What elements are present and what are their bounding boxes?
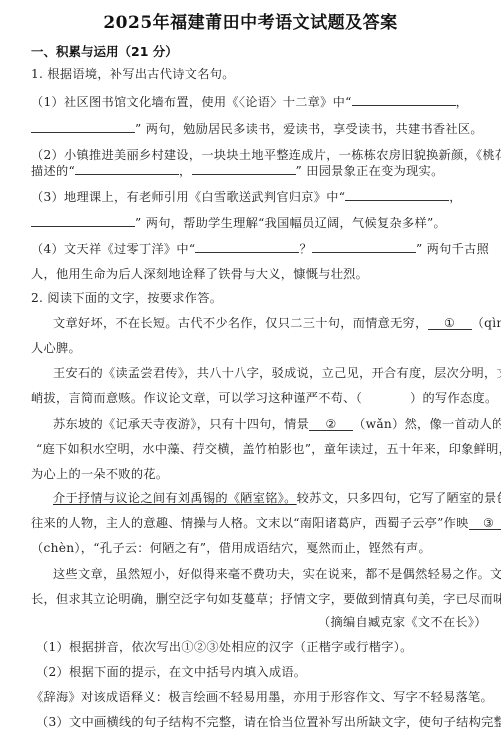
q1-sub1-line1: （1）社区图书馆文化墙布置，使用《〈论语〉十二章》中“， [31, 93, 468, 110]
q1-sub4-line1: （4）文天祥《过零丁洋》中“？” 两句千古照 [31, 240, 489, 257]
passage-p4-line1: 介于抒情与议论之间有刘禹锡的《陋室铭》。较苏文，只多四句，它写了陋室的景色， [53, 490, 501, 506]
page-title: 2025年福建莆田中考语文试题及答案 [0, 8, 501, 33]
passage-text: 较苏文，只多四句，它写了陋室的景色， [297, 491, 501, 505]
answer-blank[interactable] [352, 93, 456, 106]
comma: ， [179, 164, 192, 178]
answer-blank[interactable] [312, 240, 416, 253]
passage-text: 峭拔，言简而意赅。作议论文章，可以学习这种谨严不苟、（ [31, 391, 362, 405]
q2-cihai-hint: 《辞海》对该成语释义：极言绘画不轻易用墨，亦用于形容作文、写字不轻易落笔。 [31, 689, 493, 705]
comma: ， [456, 95, 469, 109]
q1-stem: 1. 根据语境，补写出古代诗文名句。 [31, 66, 235, 82]
q1-sub4-line2: 人，他用生命为后人深刻地诠释了铁骨与大义，慷慨与壮烈。 [31, 266, 368, 282]
blank-3[interactable]: ③ [469, 515, 501, 530]
q1-sub1-text: （1）社区图书馆文化墙布置，使用《〈论语〉十二章》中“ [31, 95, 352, 109]
pinyin-hint: （wǎn）然，像一首动人的诗。 [353, 417, 501, 431]
passage-p2-line1: 王安石的《读孟尝君传》，共八十八字，驳成说，立己见，开合有度，层次分明，文字 [53, 365, 501, 381]
passage-p2-line2: 峭拔，言简而意赅。作议论文章，可以学习这种谨严不苟、（）的写作态度。 [31, 390, 497, 406]
passage-text: ）的写作态度。 [410, 391, 497, 405]
answer-blank[interactable] [192, 162, 296, 175]
section-heading: 一、积累与运用（21 分） [31, 42, 178, 60]
passage-p5-line2: 长，但求其立论明确，删空泛字句如芟蔓草；抒情文字，要做到情真句美，字已尽而味无穷… [31, 591, 501, 607]
passage-p3-line3: 为心上的一朵不败的花。 [31, 466, 168, 482]
passage-p4-line2: 往来的人物，主人的意趣、情操与人格。文末以“南阳诸葛庐，西蜀子云亭”作映③ [31, 515, 501, 531]
blank-2[interactable]: ② [309, 416, 353, 431]
q1-sub2-suffix: ” 田园景象正在变为现实。 [296, 164, 444, 178]
answer-blank[interactable] [75, 162, 179, 175]
blank-1[interactable]: ① [428, 315, 472, 330]
q1-sub1-cont: ” 两句，勉励居民多读书，爱读书，享受读书，共建书香社区。 [135, 122, 483, 136]
passage-p3-line1: 苏东坡的《记承天寺夜游》，只有十四句，情景②（wǎn）然，像一首动人的诗。 [53, 416, 501, 432]
pinyin-hint: （qìn） [472, 316, 501, 330]
passage-p1-line2: 人心脾。 [31, 340, 81, 356]
q2-sub1: （1）根据拼音，依次写出①②③处相应的汉字（正楷字或行楷字）。 [36, 639, 413, 655]
answer-blank[interactable] [31, 120, 135, 133]
passage-p5-line1: 这些文章，虽然短小，好似得来毫不费功夫，实在说来，都不是偶然轻易之作。文不在 [53, 566, 501, 582]
passage-text: 文章好坏，不在长短。古代不少名作，仅只二三十句，而情意无穷， [53, 316, 428, 330]
q2-stem: 2. 阅读下面的文字，按要求作答。 [31, 290, 222, 306]
passage-p3-line2: “庭下如积水空明，水中藻、荇交横，盖竹柏影也”，童年读过，五十年来，印象鲜明，成 [36, 441, 501, 457]
q1-sub4-prefix: （4）文天祥《过零丁洋》中“ [31, 242, 195, 256]
passage-source: （摘编自臧克家《文不在长》） [318, 614, 487, 630]
q1-sub1-line2: ” 两句，勉励居民多读书，爱读书，享受读书，共建书香社区。 [31, 120, 483, 137]
answer-blank[interactable] [31, 214, 135, 227]
q1-sub4-suffix: ” 两句千古照 [416, 242, 489, 256]
answer-blank[interactable] [345, 188, 449, 201]
passage-p1-line1: 文章好坏，不在长短。古代不少名作，仅只二三十句，而情意无穷，①（qìn） [53, 315, 501, 331]
q2-sub2: （2）根据下面的提示，在文中括号内填入成语。 [36, 664, 306, 680]
q1-sub2-line1: （2）小镇推进美丽乡村建设，一块块土地平整连成片，一栋栋农房旧貌换新颜，《桃花源… [31, 147, 501, 163]
passage-text: 往来的人物，主人的意趣、情操与人格。文末以“南阳诸葛庐，西蜀子云亭”作映 [31, 516, 469, 530]
q1-sub2-line2: 描述的“，” 田园景象正在变为现实。 [31, 162, 444, 179]
q1-sub3-text: （3）地理课上，有老师引用《白雪歌送武判官归京》中“ [31, 190, 345, 204]
passage-p4-line3: （chèn），“孔子云：何陋之有”，借用成语结穴，戛然而止，铿然有声。 [31, 540, 431, 556]
passage-text: 苏东坡的《记承天寺夜游》，只有十四句，情景 [53, 417, 309, 431]
underlined-sentence: 介于抒情与议论之间有刘禹锡的《陋室铭》。 [53, 491, 297, 505]
q1-sub3-cont: ” 两句，帮助学生理解“我国幅员辽阔，气候复杂多样”。 [135, 216, 446, 230]
q2-sub3: （3）文中画横线的句子结构不完整，请在恰当位置补写出所缺文字，使句子结构完整，不 [36, 714, 501, 730]
q1-sub3-line2: ” 两句，帮助学生理解“我国幅员辽阔，气候复杂多样”。 [31, 214, 446, 231]
q1-sub3-line1: （3）地理课上，有老师引用《白雪歌送武判官归京》中“， [31, 188, 462, 205]
question-mark: ？ [299, 242, 312, 256]
comma: ， [449, 190, 462, 204]
q1-sub2-prefix: 描述的“ [31, 164, 75, 178]
answer-blank[interactable] [195, 240, 299, 253]
